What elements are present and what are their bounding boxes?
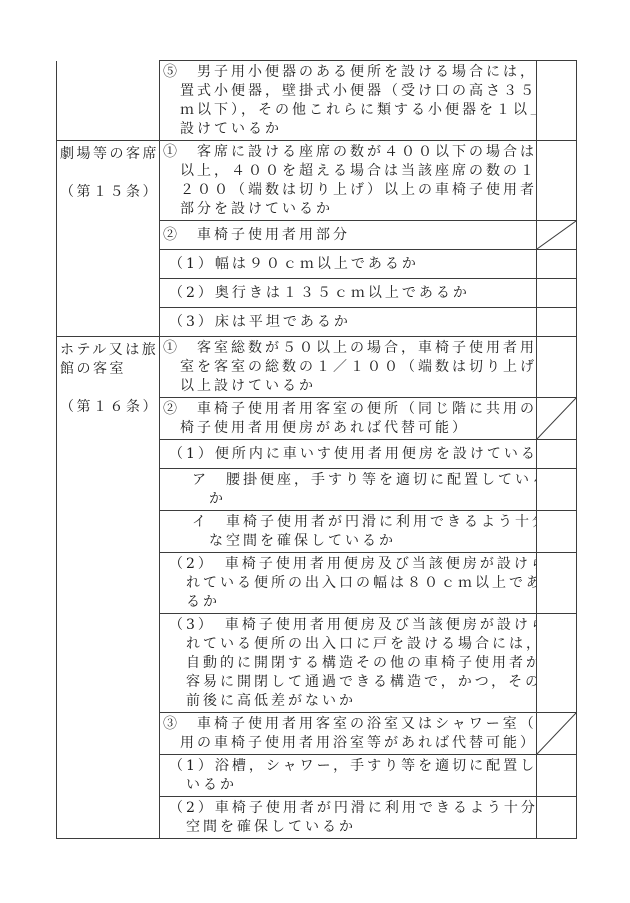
category-cell	[57, 61, 160, 141]
item-text-cell: （3） 車椅子使用者用便房及び当該便房が設けら れている便所の出入口に戸を設ける…	[160, 614, 537, 713]
checklist-table-body: ⑤ 男子用小便器のある便所を設ける場合には，床 置式小便器，壁掛式小便器（受け口…	[57, 61, 577, 839]
document-page: ⑤ 男子用小便器のある便所を設ける場合には，床 置式小便器，壁掛式小便器（受け口…	[0, 0, 630, 903]
check-cell-not-applicable	[537, 398, 577, 440]
item-text-cell: （1）幅は９０ｃｍ以上であるか	[160, 250, 537, 279]
item-text-cell: （1）便所内に車いす使用者用便房を設けているか	[160, 440, 537, 469]
check-cell	[537, 279, 577, 308]
check-cell-not-applicable	[537, 713, 577, 755]
table-row: ホテル又は旅 館の客室 （第１６条）① 客室総数が５０以上の場合，車椅子使用者用…	[57, 337, 577, 398]
item-text-cell: （2） 車椅子使用者用便房及び当該便房が設けら れている便所の出入口の幅は８０ｃ…	[160, 553, 537, 614]
table-row: ⑤ 男子用小便器のある便所を設ける場合には，床 置式小便器，壁掛式小便器（受け口…	[57, 61, 577, 141]
check-cell	[537, 440, 577, 469]
category-cell: 劇場等の客席 （第１５条）	[57, 141, 160, 337]
item-text-cell: ② 車椅子使用者用部分	[160, 221, 537, 250]
item-text-cell: イ 車椅子使用者が円滑に利用できるよう十分 な空間を確保しているか	[160, 511, 537, 553]
check-cell	[537, 511, 577, 553]
item-text-cell: ③ 車椅子使用者用客室の浴室又はシャワー室（共 用の車椅子使用者用浴室等があれば…	[160, 713, 537, 755]
item-text-cell: （2）車椅子使用者が円滑に利用できるよう十分な 空間を確保しているか	[160, 797, 537, 839]
check-cell	[537, 141, 577, 221]
diagonal-slash-line	[537, 398, 576, 439]
category-cell: ホテル又は旅 館の客室 （第１６条）	[57, 337, 160, 839]
check-cell	[537, 614, 577, 713]
item-text-cell: ア 腰掛便座，手すり等を適切に配置している か	[160, 469, 537, 511]
item-text-cell: ① 客室総数が５０以上の場合，車椅子使用者用客 室を客室の総数の１／１００（端数…	[160, 337, 537, 398]
accessibility-checklist-table: ⑤ 男子用小便器のある便所を設ける場合には，床 置式小便器，壁掛式小便器（受け口…	[56, 60, 577, 839]
check-cell	[537, 755, 577, 797]
item-text-cell: （3）床は平坦であるか	[160, 308, 537, 337]
check-cell	[537, 797, 577, 839]
check-cell-not-applicable	[537, 221, 577, 250]
diagonal-slash-line	[537, 221, 576, 249]
check-cell	[537, 61, 577, 141]
check-cell	[537, 308, 577, 337]
item-text-cell: ① 客席に設ける座席の数が４００以下の場合は２ 以上，４００を超える場合は当該座…	[160, 141, 537, 221]
check-cell	[537, 469, 577, 511]
check-cell	[537, 337, 577, 398]
check-cell	[537, 250, 577, 279]
table-row: 劇場等の客席 （第１５条）① 客席に設ける座席の数が４００以下の場合は２ 以上，…	[57, 141, 577, 221]
check-cell	[537, 553, 577, 614]
item-text-cell: （2）奥行きは１３５ｃｍ以上であるか	[160, 279, 537, 308]
item-text-cell: ② 車椅子使用者用客室の便所（同じ階に共用の車 椅子使用者用便房があれば代替可能…	[160, 398, 537, 440]
diagonal-slash-line	[537, 713, 576, 754]
item-text-cell: ⑤ 男子用小便器のある便所を設ける場合には，床 置式小便器，壁掛式小便器（受け口…	[160, 61, 537, 141]
item-text-cell: （1）浴槽，シャワー，手すり等を適切に配置して いるか	[160, 755, 537, 797]
